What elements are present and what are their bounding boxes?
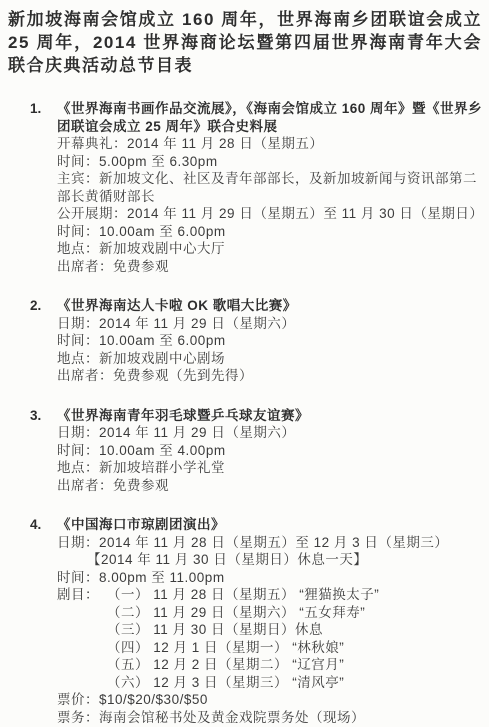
program-item-3: （三） 11 月 30 日（星期日）休息 [107, 621, 485, 639]
section-title: 《世界海南书画作品交流展》，《海南会馆成立 160 周年》暨《世界乡团联谊会成立… [57, 100, 485, 135]
event-section-3: 3. 《世界海南青年羽毛球暨乒乓球友谊赛》 日期：2014 年 11 月 29 … [8, 407, 485, 495]
detail-line-venue: 地点：新加坡培群小学礼堂 [57, 459, 485, 477]
program-item-1: （一） 11 月 28 日（星期五） “狸猫换太子” [107, 586, 485, 604]
detail-line-opening-ceremony: 开幕典礼：2014 年 11 月 28 日（星期五） [57, 135, 485, 153]
section-body: 《世界海南青年羽毛球暨乒乓球友谊赛》 日期：2014 年 11 月 29 日（星… [57, 407, 485, 495]
detail-line-date: 日期：2014 年 11 月 29 日（星期六） [57, 315, 485, 333]
section-number: 1. [30, 100, 57, 275]
section-title: 《中国海口市琼剧团演出》 [57, 516, 485, 534]
detail-line-time-2: 时间：10.00am 至 6.00pm [57, 223, 485, 241]
section-number: 4. [30, 516, 57, 726]
program-item-2: （二） 11 月 29 日（星期六） “五女拜寿” [107, 604, 485, 622]
detail-line-time: 时间：10.00am 至 6.00pm [57, 332, 485, 350]
detail-line-time: 时间：5.00pm 至 6.30pm [57, 153, 485, 171]
section-number: 3. [30, 407, 57, 495]
detail-line-rest-note: 【2014 年 11 月 30 日（星期日）休息一天】 [57, 551, 485, 569]
document-page: 新加坡海南会馆成立 160 周年，世界海南乡团联谊会成立 25 周年，2014 … [0, 0, 489, 727]
section-body: 《世界海南达人卡啦 OK 歌唱大比赛》 日期：2014 年 11 月 29 日（… [57, 297, 485, 385]
program-list: 剧目： （一） 11 月 28 日（星期五） “狸猫换太子” （二） 11 月 … [57, 586, 485, 691]
section-body: 《世界海南书画作品交流展》，《海南会馆成立 160 周年》暨《世界乡团联谊会成立… [57, 100, 485, 275]
program-item-6: （六） 12 月 3 日（星期三） “清风亭” [107, 674, 485, 692]
section-number: 2. [30, 297, 57, 385]
detail-line-time: 时间：8.00pm 至 11.00pm [57, 569, 485, 587]
detail-line-venue: 地点：新加坡戏剧中心大厅 [57, 240, 485, 258]
detail-line-ticketing: 票务：海南会馆秘书处及黄金戏院票务处（现场） [57, 709, 485, 727]
detail-line-attendance: 出席者：免费参观（先到先得） [57, 367, 485, 385]
detail-line-price: 票价：$10/$20/$30/$50 [57, 691, 485, 709]
section-title: 《世界海南青年羽毛球暨乒乓球友谊赛》 [57, 407, 485, 425]
event-section-4: 4. 《中国海口市琼剧团演出》 日期：2014 年 11 月 28 日（星期五）… [8, 516, 485, 726]
detail-line-guest-of-honour: 主宾：新加坡文化、社区及青年部部长，及新加坡新闻与资讯部第二部长黄循财部长 [57, 170, 485, 205]
detail-line-exhibition-period: 公开展期：2014 年 11 月 29 日（星期五）至 11 月 30 日（星期… [57, 205, 485, 223]
section-title: 《世界海南达人卡啦 OK 歌唱大比赛》 [57, 297, 485, 315]
detail-line-date: 日期：2014 年 11 月 28 日（星期五）至 12 月 3 日（星期三） [57, 534, 485, 552]
program-item-4: （四） 12 月 1 日（星期一） “林秋娘” [107, 639, 485, 657]
detail-line-attendance: 出席者：免费参观 [57, 258, 485, 276]
detail-line-date: 日期：2014 年 11 月 29 日（星期六） [57, 424, 485, 442]
document-title: 新加坡海南会馆成立 160 周年，世界海南乡团联谊会成立 25 周年，2014 … [8, 8, 482, 77]
section-body: 《中国海口市琼剧团演出》 日期：2014 年 11 月 28 日（星期五）至 1… [57, 516, 485, 726]
event-section-2: 2. 《世界海南达人卡啦 OK 歌唱大比赛》 日期：2014 年 11 月 29… [8, 297, 485, 385]
detail-line-attendance: 出席者：免费参观 [57, 477, 485, 495]
program-label: 剧目： [57, 586, 107, 691]
event-section-1: 1. 《世界海南书画作品交流展》，《海南会馆成立 160 周年》暨《世界乡团联谊… [8, 100, 485, 275]
program-items: （一） 11 月 28 日（星期五） “狸猫换太子” （二） 11 月 29 日… [107, 586, 485, 691]
detail-line-time: 时间：10.00am 至 4.00pm [57, 442, 485, 460]
detail-line-venue: 地点：新加坡戏剧中心剧场 [57, 350, 485, 368]
event-list: 1. 《世界海南书画作品交流展》，《海南会馆成立 160 周年》暨《世界乡团联谊… [8, 100, 485, 726]
program-item-5: （五） 12 月 2 日（星期二） “辽宫月” [107, 656, 485, 674]
